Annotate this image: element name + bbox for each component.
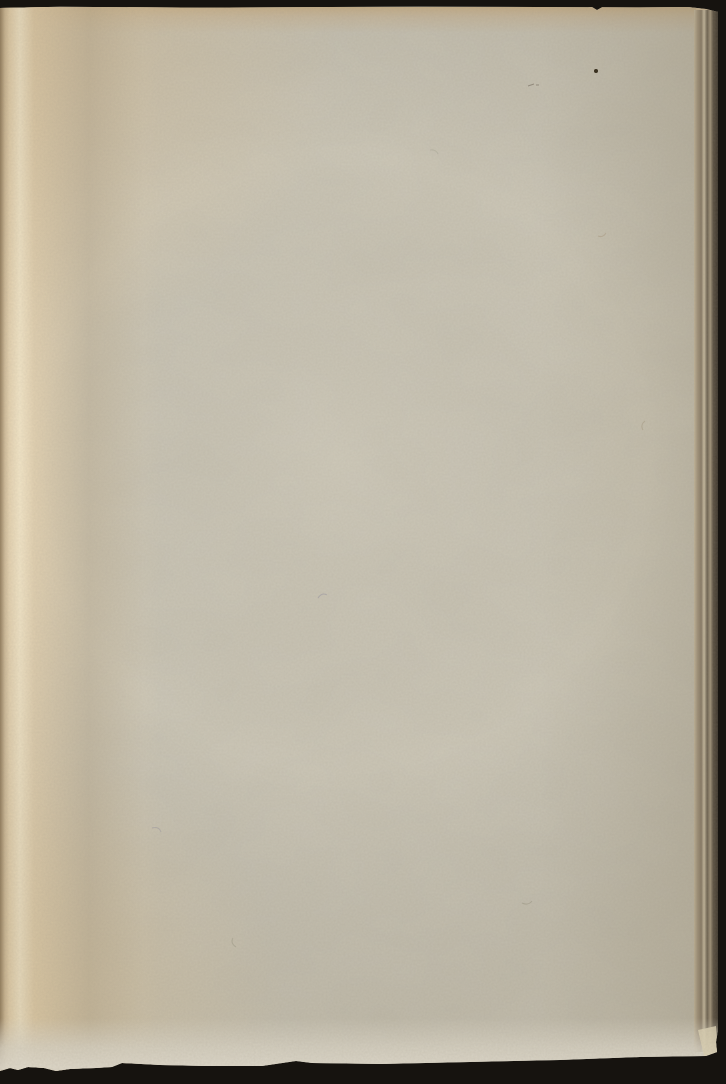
speck-top-right [594,69,598,73]
book-scan-svg [0,0,726,1084]
scan-canvas [0,0,726,1084]
vignette-overlay [0,0,726,1084]
book-page [0,0,726,1084]
